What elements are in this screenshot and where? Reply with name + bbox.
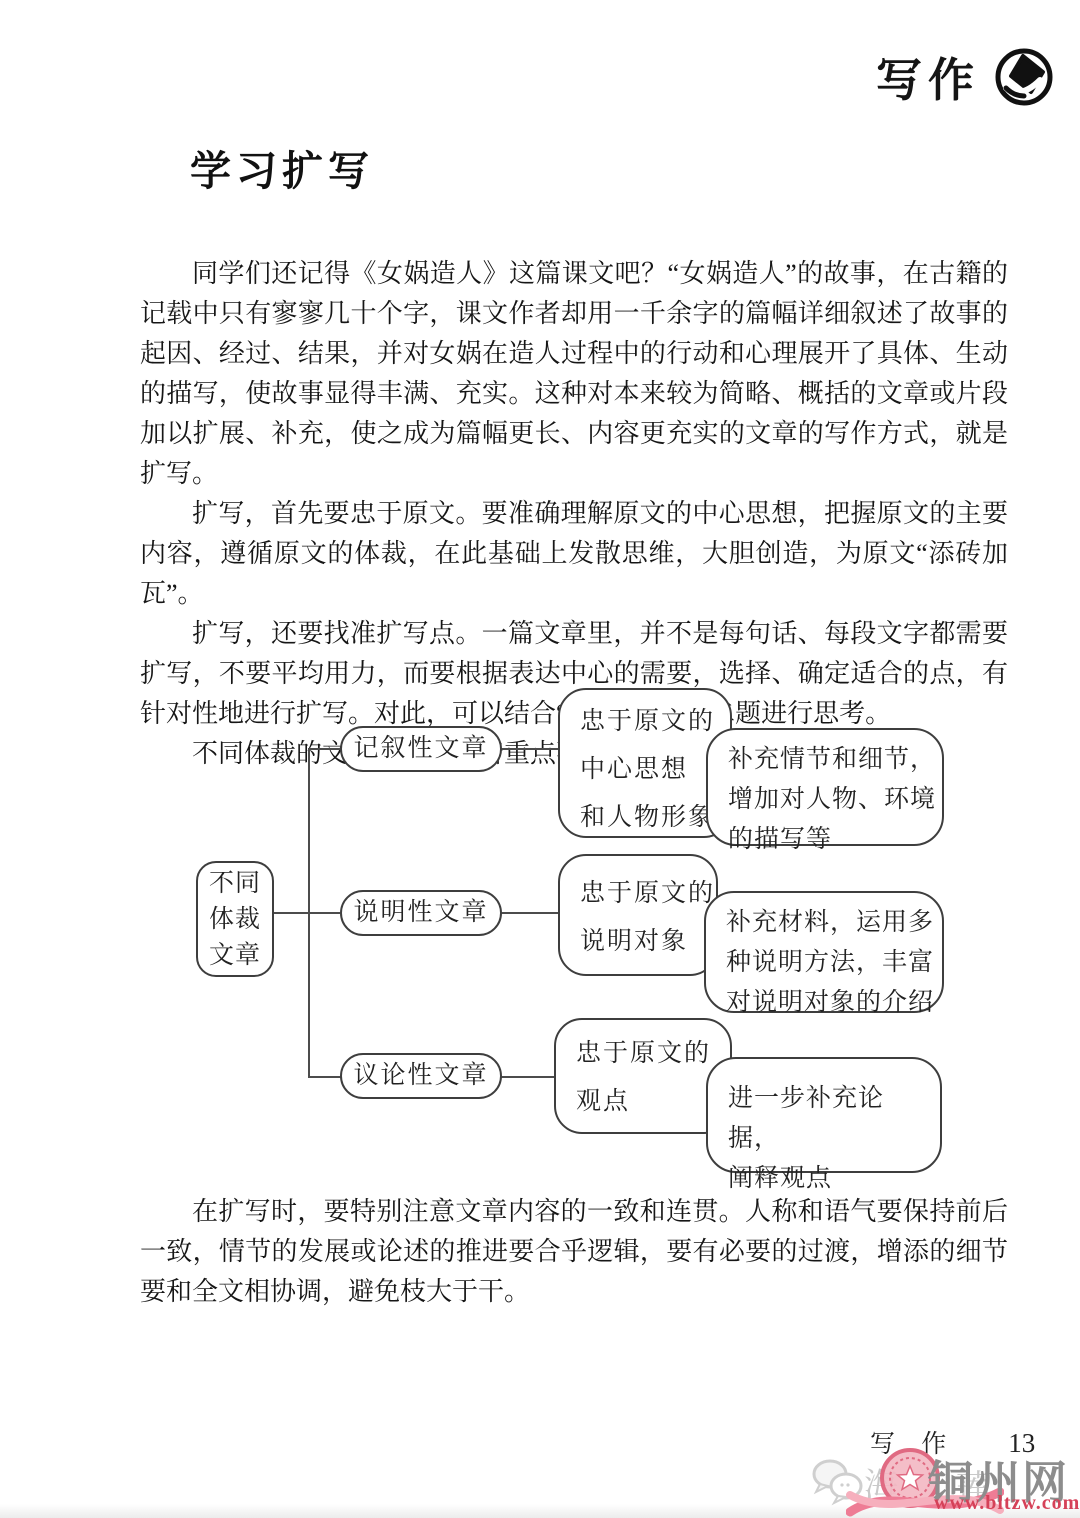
textbook-page: 写作 学习扩写 同学们还记得《女娲造人》这篇课文吧？“女娲造人”的故事，在古籍的… [0, 0, 1080, 1518]
paragraph: 扩写，首先要忠于原文。要准确理解原文的中心思想，把握原文的主要内容，遵循原文的体… [140, 494, 1008, 614]
pen-circle-icon [994, 47, 1054, 107]
paragraph: 扩写，还要找准扩写点。一篇文章里，并不是每句话、每段文字都需要扩写，不要平均用力… [140, 614, 1008, 734]
section-label: 写作 [876, 44, 980, 110]
connector-line [498, 1076, 556, 1078]
method-box-expository: 补充材料，运用多 种说明方法，丰富 对说明对象的介绍 [704, 891, 944, 1013]
paragraph: 在扩写时，要特别注意文章内容的一致和连贯。人称和语气要保持前后一致，情节的发展或… [140, 1192, 1008, 1312]
method-box-argumentative: 进一步补充论据， 阐释观点 [706, 1057, 942, 1173]
diagram-root-box: 不同 体裁 文章 [196, 861, 274, 977]
page-title: 学习扩写 [190, 138, 374, 197]
focus-box-expository: 忠于原文的 说明对象 [558, 854, 718, 976]
focus-box-argumentative: 忠于原文的 观点 [554, 1018, 732, 1134]
connector-line [272, 912, 340, 914]
paragraph: 不同体裁的文章，扩写的着重点不同。 [140, 734, 1008, 774]
watermark-url: www.bltzw.com [934, 1492, 1080, 1515]
connector-line [500, 912, 560, 914]
paragraph: 同学们还记得《女娲造人》这篇课文吧？“女娲造人”的故事，在古籍的记载中只有寥寥几… [140, 254, 1008, 494]
section-header: 写作 [876, 44, 1054, 110]
body-text: 同学们还记得《女娲造人》这篇课文吧？“女娲造人”的故事，在古籍的记载中只有寥寥几… [140, 254, 1008, 774]
closing-text: 在扩写时，要特别注意文章内容的一致和连贯。人称和语气要保持前后一致，情节的发展或… [140, 1192, 1008, 1312]
genre-box-argumentative: 议论性文章 [340, 1053, 502, 1099]
connector-line [308, 748, 310, 1078]
watermark: 海 莲 铜州网 www.bltzw.com [808, 1446, 1080, 1518]
genre-box-expository: 说明性文章 [340, 890, 502, 936]
connector-line [308, 1076, 342, 1078]
